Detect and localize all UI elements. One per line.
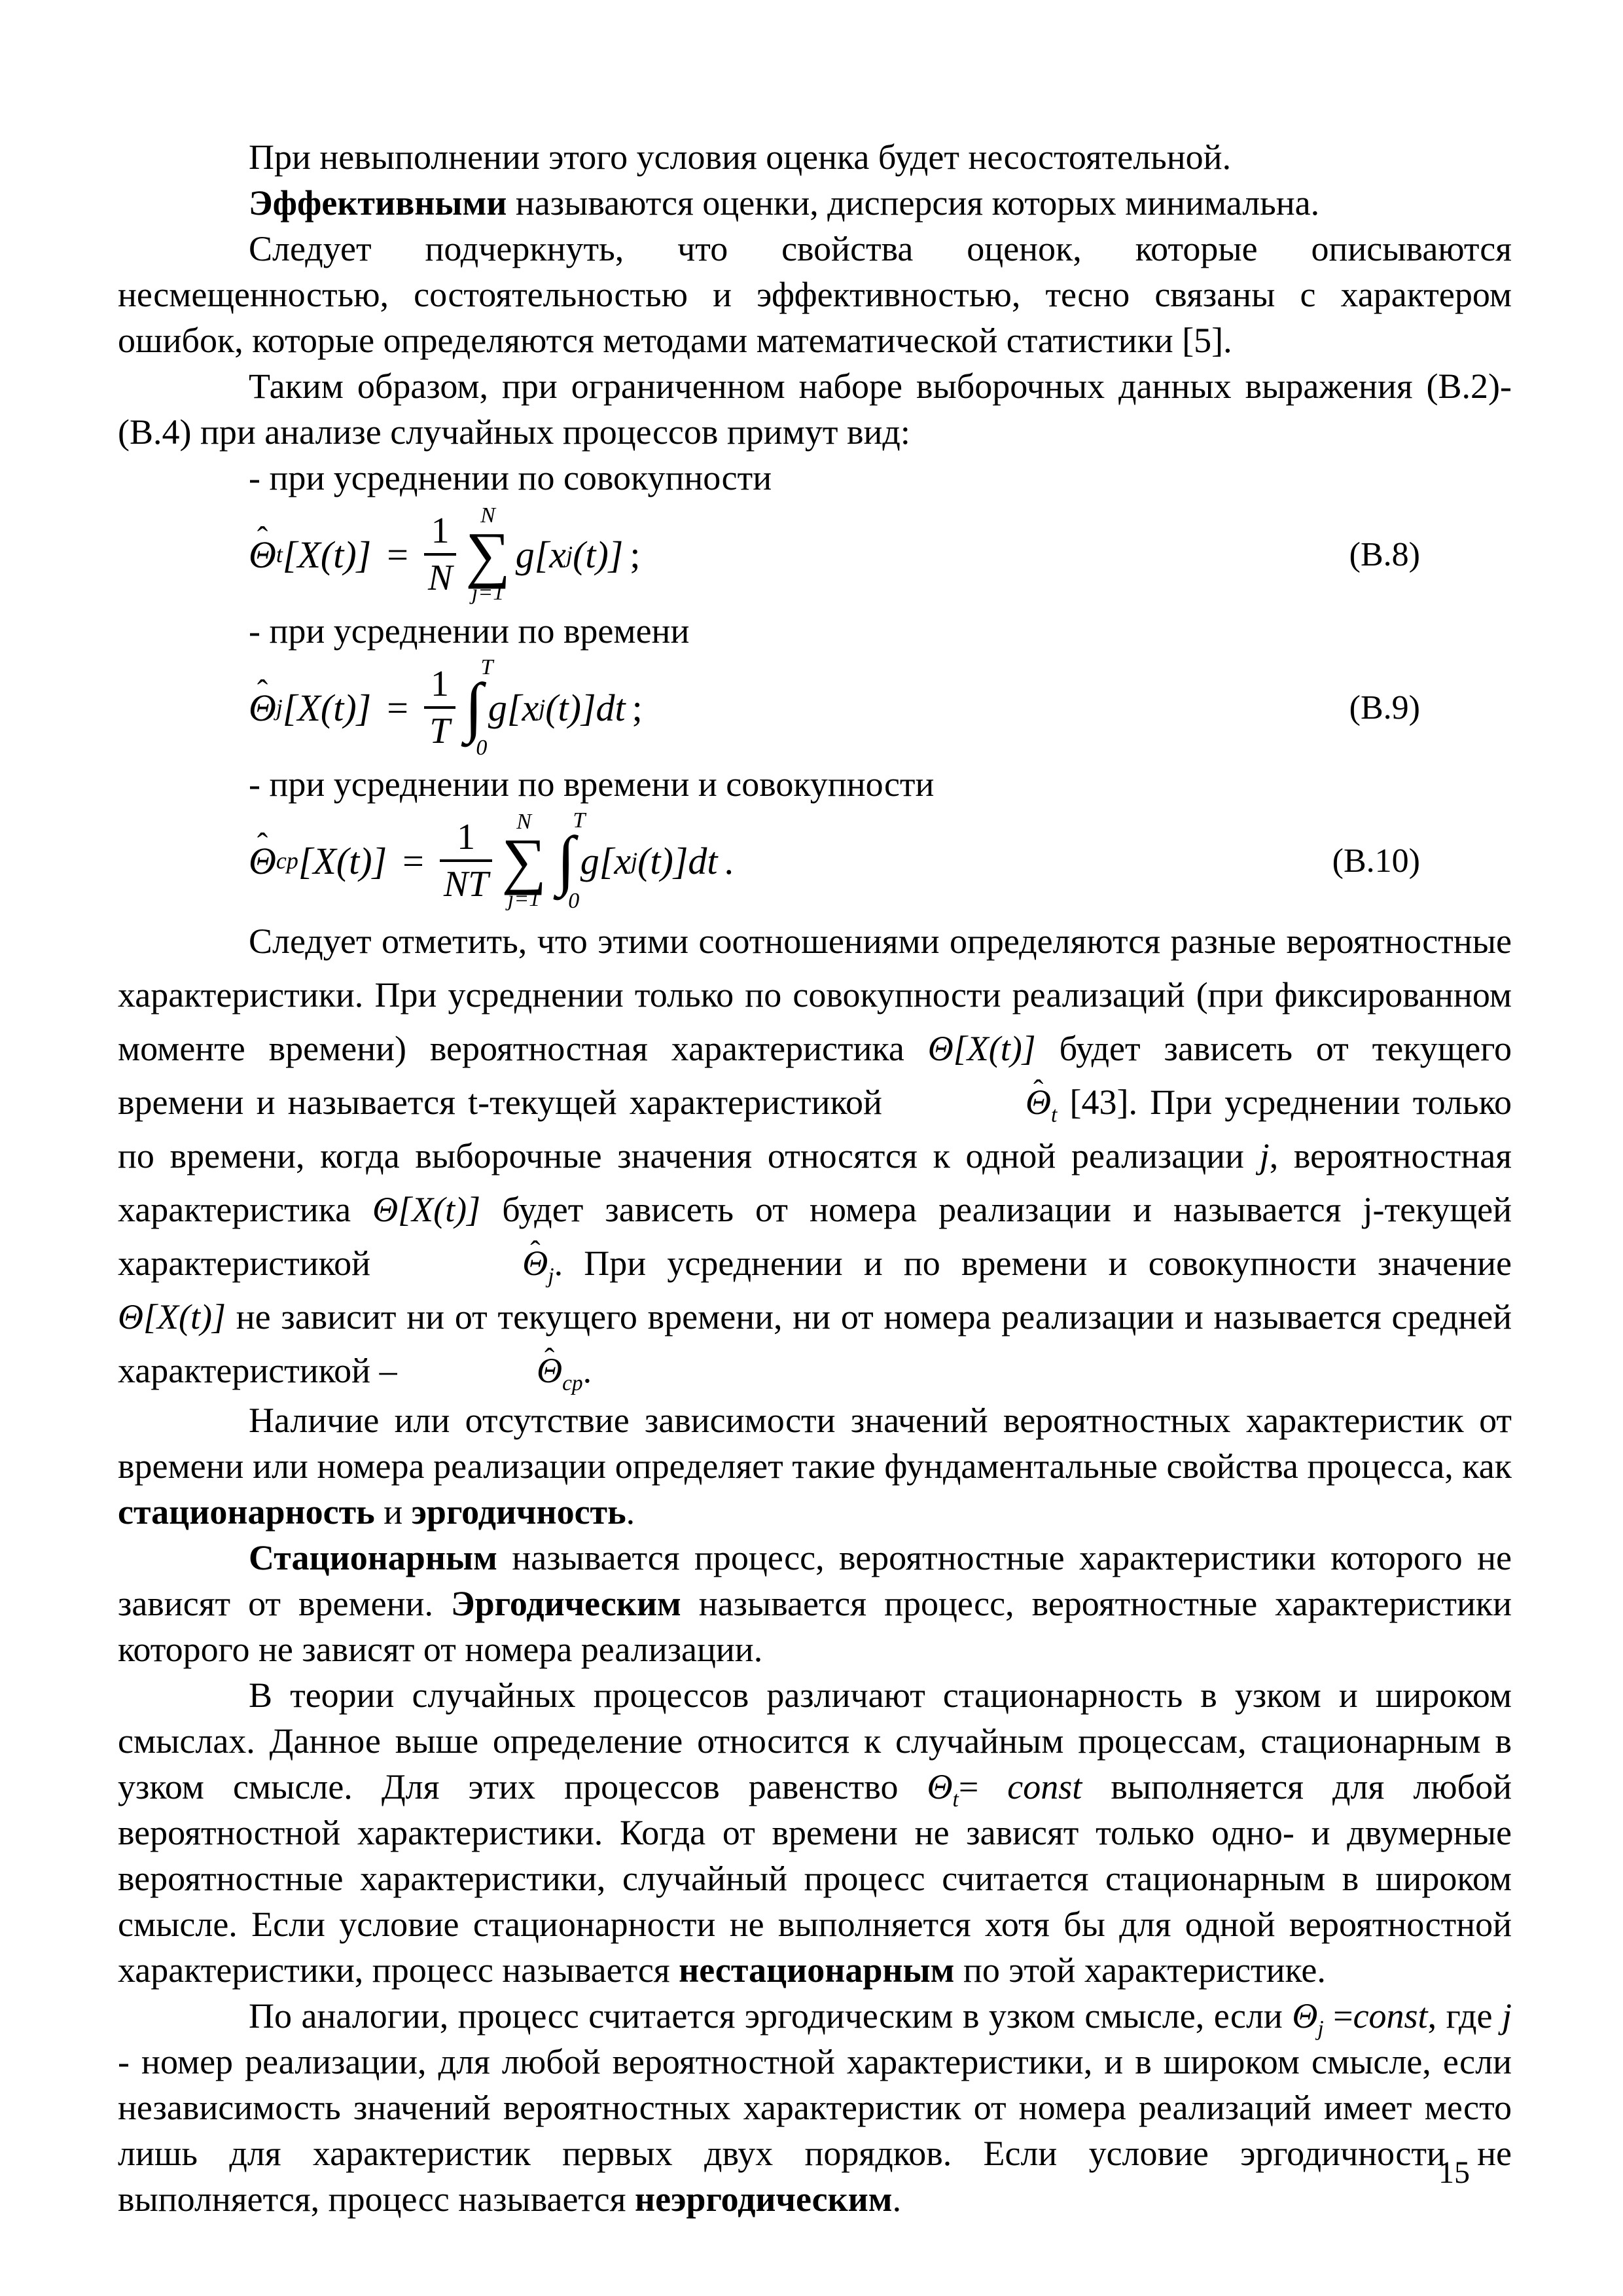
paragraph-effective-text: называются оценки, дисперсия которых мин… bbox=[507, 183, 1319, 223]
comma: , bbox=[1428, 1996, 1437, 2036]
sum-icon: ∑ bbox=[465, 528, 510, 582]
const-symbol: const bbox=[1007, 1767, 1082, 1806]
paragraph-consistency-text: При невыполнении этого условия оценка бу… bbox=[249, 137, 1231, 177]
paragraph-thus: Таким образом, при ограниченном наборе в… bbox=[118, 363, 1512, 455]
paragraph-ergodic-sense: По аналогии, процесс считается эргодичес… bbox=[118, 1993, 1512, 2222]
bullet-ensemble-averaging: - при усреднении по совокупности bbox=[118, 455, 1512, 501]
fraction: 1N bbox=[424, 512, 456, 596]
equals-sign: = bbox=[402, 839, 424, 883]
sum-icon: ∑ bbox=[501, 834, 546, 888]
text-run: не зависит ни от текущего времени, ни от… bbox=[118, 1297, 1512, 1390]
text-run: . bbox=[583, 1351, 592, 1390]
page-number: 15 bbox=[1438, 2155, 1470, 2191]
term-stationarity: стационарность bbox=[118, 1492, 375, 1532]
equals-sign: = bbox=[387, 533, 408, 577]
paragraph-characteristics: Следует отметить, что этими соотношениям… bbox=[118, 914, 1512, 1397]
theta-subscript: ср bbox=[562, 1371, 583, 1395]
term-stationary: Стационарным bbox=[249, 1538, 497, 1577]
integral-icon: ∫ bbox=[465, 679, 483, 736]
hat-accent-icon: ˆ bbox=[257, 520, 268, 557]
fraction-numerator: 1 bbox=[450, 819, 482, 859]
formula-b10-row: Θˆср[X(t)] = 1NT N∑j=1 T∫0 g[xj(t)]dt. (… bbox=[118, 811, 1512, 910]
formula-body: g[x bbox=[516, 533, 566, 577]
term-effective: Эффективными bbox=[249, 183, 507, 223]
paragraph-effective: Эффективными называются оценки, дисперси… bbox=[118, 180, 1512, 226]
inline-theta-of-x: Θ[X(t)] bbox=[928, 1029, 1036, 1068]
hat-accent-icon: ˆ bbox=[257, 826, 268, 863]
formula-b8: Θˆt[X(t)] = 1N N∑j=1 g[xj(t)]; bbox=[249, 504, 641, 605]
text-run: и bbox=[375, 1492, 412, 1532]
sum-operator: N∑j=1 bbox=[465, 504, 510, 605]
paragraph-properties-text: Следует подчеркнуть, что свойства оценок… bbox=[118, 229, 1512, 360]
integral-lower-limit: 0 bbox=[476, 736, 487, 760]
term-nonstationary: нестационарным bbox=[679, 1950, 954, 1990]
text-run: . bbox=[626, 1492, 635, 1532]
integral-operator: T∫0 bbox=[557, 809, 575, 913]
differential: dt bbox=[688, 839, 717, 883]
integral-operator: T∫0 bbox=[465, 656, 483, 760]
formula-label-b9: (В.9) bbox=[1349, 689, 1420, 727]
integral-upper-limit: T bbox=[480, 656, 493, 679]
fraction-numerator: 1 bbox=[425, 512, 456, 553]
sum-lower-limit: j=1 bbox=[508, 888, 540, 911]
fraction: 1NT bbox=[440, 819, 493, 903]
formula-label-b10: (В.10) bbox=[1332, 842, 1420, 880]
formula-argument: [X(t)] bbox=[283, 533, 371, 577]
paragraph-properties: Следует подчеркнуть, что свойства оценок… bbox=[118, 226, 1512, 363]
bullet-time-averaging-text: - при усреднении по времени bbox=[249, 611, 689, 651]
realization-index: j bbox=[1260, 1136, 1270, 1175]
formula-body-end: (t)] bbox=[573, 533, 623, 577]
inline-theta: Θ bbox=[927, 1767, 953, 1806]
theta-hat-symbol: Θˆ bbox=[391, 1236, 548, 1290]
sum-operator: N∑j=1 bbox=[501, 810, 546, 911]
bullet-ensemble-averaging-text: - при усреднении по совокупности bbox=[249, 458, 772, 497]
theta-subscript: j bbox=[548, 1264, 554, 1288]
formula-body-end: (t)] bbox=[545, 686, 596, 730]
theta-hat-symbol: Θˆ bbox=[249, 839, 276, 883]
inline-theta-of-x: Θ[X(t)] bbox=[118, 1297, 226, 1336]
formula-body: g[x bbox=[488, 686, 539, 730]
fraction-denominator: NT bbox=[440, 862, 493, 903]
formula-b8-row: Θˆt[X(t)] = 1N N∑j=1 g[xj(t)]; (В.8) bbox=[118, 505, 1512, 604]
integral-lower-limit: 0 bbox=[568, 889, 579, 913]
inline-theta: Θ bbox=[1292, 1996, 1317, 2036]
bullet-time-ensemble-averaging: - при усреднении по времени и совокупнос… bbox=[118, 761, 1512, 807]
theta-hat-symbol: Θˆ bbox=[895, 1075, 1051, 1129]
formula-label-b8: (В.8) bbox=[1349, 535, 1420, 574]
formula-body: g[x bbox=[580, 839, 631, 883]
formula-argument: [X(t)] bbox=[298, 839, 387, 883]
text-run: . bbox=[893, 2179, 902, 2219]
term-ergodicity: эргодичность bbox=[412, 1492, 626, 1532]
bullet-time-averaging: - при усреднении по времени bbox=[118, 608, 1512, 654]
paragraph-thus-text: Таким образом, при ограниченном наборе в… bbox=[118, 367, 1512, 452]
formula-punctuation: . bbox=[724, 839, 734, 883]
theta-hat-symbol: Θˆ bbox=[249, 686, 276, 730]
hat-accent-icon: ˆ bbox=[257, 673, 268, 710]
formula-argument: [X(t)] bbox=[283, 686, 371, 730]
formula-body-end: (t)] bbox=[637, 839, 688, 883]
integral-upper-limit: T bbox=[573, 809, 585, 833]
formula-punctuation: ; bbox=[632, 686, 643, 730]
differential: dt bbox=[596, 686, 626, 730]
theta-subscript: t bbox=[953, 1787, 959, 1812]
bullet-time-ensemble-averaging-text: - при усреднении по времени и совокупнос… bbox=[249, 764, 934, 804]
paragraph-definitions: Стационарным называется процесс, вероятн… bbox=[118, 1535, 1512, 1672]
formula-b9-row: Θˆj[X(t)] = 1T T∫0 g[xj(t)]dt; (В.9) bbox=[118, 658, 1512, 757]
theta-subscript: t bbox=[1051, 1103, 1057, 1127]
inline-theta-of-x: Θ[X(t)] bbox=[372, 1190, 480, 1229]
equals-sign: = bbox=[959, 1767, 1007, 1806]
text-run: По аналогии, процесс считается эргодичес… bbox=[249, 1996, 1292, 2036]
realization-index: j bbox=[1502, 1996, 1512, 2036]
fraction-denominator: N bbox=[424, 556, 456, 596]
hat-accent-icon: ˆ bbox=[414, 1332, 554, 1386]
hat-accent-icon: ˆ bbox=[399, 1225, 540, 1278]
theta-hat-symbol: Θˆ bbox=[249, 533, 276, 577]
paragraph-stationarity-ergodicity: Наличие или отсутствие зависимости значе… bbox=[118, 1397, 1512, 1535]
paragraph-consistency: При невыполнении этого условия оценка бу… bbox=[118, 134, 1512, 180]
const-symbol: const bbox=[1353, 1996, 1428, 2036]
paragraph-narrow-wide-sense: В теории случайных процессов различают с… bbox=[118, 1672, 1512, 1993]
text-run: где bbox=[1436, 1996, 1502, 2036]
integral-icon: ∫ bbox=[557, 832, 575, 889]
hat-accent-icon: ˆ bbox=[902, 1064, 1043, 1117]
fraction-denominator: T bbox=[425, 709, 454, 749]
formula-b9: Θˆj[X(t)] = 1T T∫0 g[xj(t)]dt; bbox=[249, 656, 643, 760]
term-nonergodic: неэргодическим bbox=[635, 2179, 893, 2219]
equals-sign: = bbox=[387, 686, 408, 730]
fraction-numerator: 1 bbox=[424, 666, 455, 706]
equals-sign: = bbox=[1324, 1996, 1353, 2036]
sum-lower-limit: j=1 bbox=[472, 581, 504, 605]
term-ergodic: Эргодическим bbox=[451, 1584, 681, 1623]
fraction: 1T bbox=[424, 666, 455, 749]
formula-b10: Θˆср[X(t)] = 1NT N∑j=1 T∫0 g[xj(t)]dt. bbox=[249, 809, 734, 913]
theta-hat-symbol: Θˆ bbox=[406, 1344, 562, 1397]
text-run: по этой характеристике. bbox=[954, 1950, 1325, 1990]
theta-subscript: j bbox=[1317, 2017, 1323, 2041]
formula-punctuation: ; bbox=[630, 533, 640, 577]
text-run: . При усреднении и по времени и совокупн… bbox=[554, 1244, 1512, 1283]
text-run: Наличие или отсутствие зависимости значе… bbox=[118, 1401, 1512, 1486]
document-page: При невыполнении этого условия оценка бу… bbox=[0, 0, 1623, 2222]
